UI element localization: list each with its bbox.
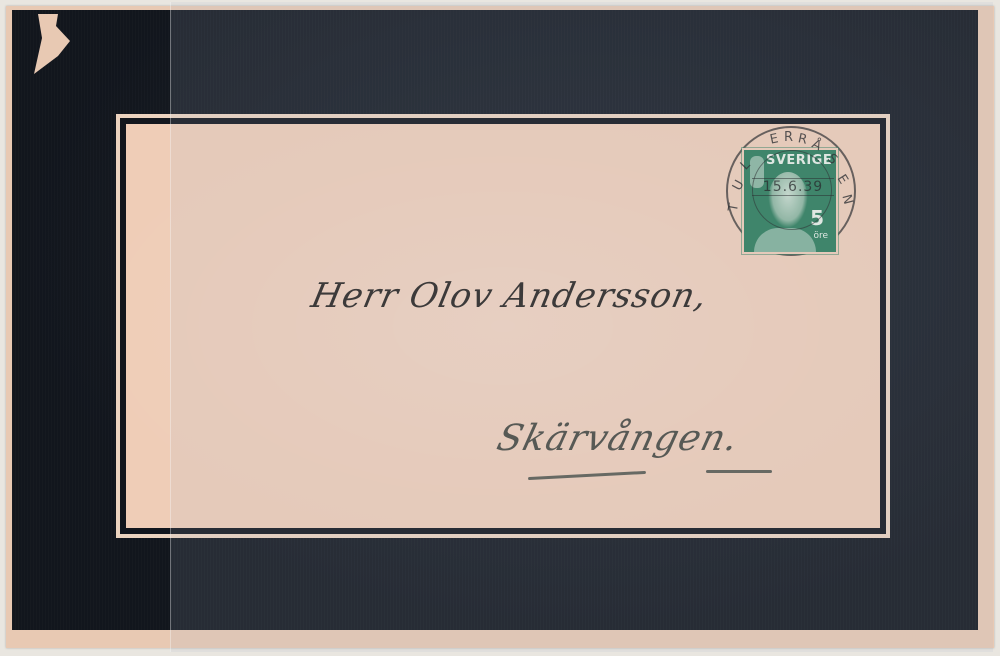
place-underline-flourish <box>706 470 772 473</box>
postmark-date: 15.6.39 <box>752 178 834 196</box>
addressee-name: Herr Olov Andersson, <box>308 276 711 316</box>
destination-place: Skärvången. <box>493 418 743 459</box>
